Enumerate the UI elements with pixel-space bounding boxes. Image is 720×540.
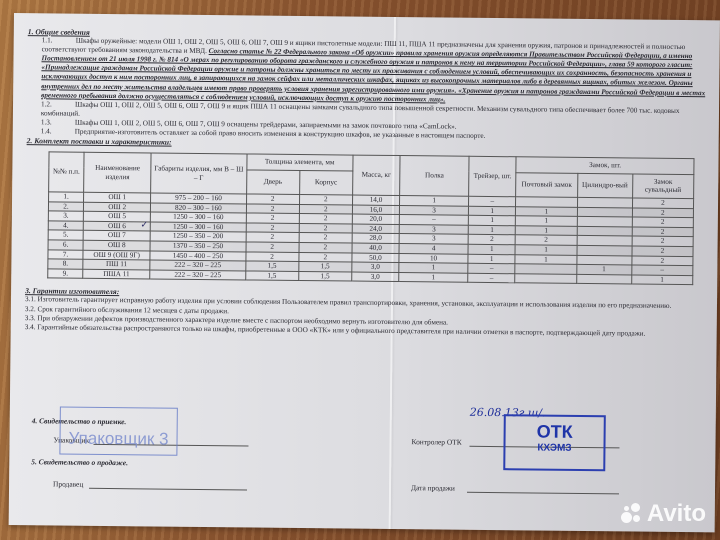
col-trader: Трейзер, шт. xyxy=(469,156,517,196)
item-number: 1.3. xyxy=(41,118,75,127)
cell-n: 6. xyxy=(48,240,83,250)
cell-trader: 1 xyxy=(468,254,515,264)
section-5-title: 5. Свидетельство о продаже. xyxy=(31,457,128,467)
cell-door: 1,5 xyxy=(245,271,298,281)
cell-mass: 40,0 xyxy=(352,243,399,253)
cell-n: 7. xyxy=(48,249,83,259)
cell-trader: 1 xyxy=(468,225,515,235)
cell-body: 2 xyxy=(299,252,352,262)
cell-door: 2 xyxy=(246,213,299,223)
sale-date-label: Дата продажи xyxy=(411,483,455,492)
otk-stamp-line2: КХЭМЗ xyxy=(505,441,603,456)
cell-trader: – xyxy=(468,273,515,283)
avito-watermark: Avito xyxy=(621,500,706,528)
item-1-1: 1.1.Шкафы оружейные: модели ОШ 1, ОШ 2, … xyxy=(27,36,708,107)
cell-cyl xyxy=(577,245,632,255)
passport-document: 1. Общие сведения 1.1.Шкафы оружейные: м… xyxy=(9,13,720,532)
cell-mass: 20,0 xyxy=(352,214,399,224)
cell-trader: 2 xyxy=(468,235,515,245)
col-lock-cyl: Цилиндро-вый xyxy=(577,173,632,198)
cell-trader: – xyxy=(468,263,515,273)
cell-n: 9. xyxy=(48,269,83,279)
cell-mass: 24,0 xyxy=(352,224,399,234)
col-dims: Габариты изделия, мм В – Ш – Г xyxy=(151,153,247,194)
handwritten-check-icon: ✓ xyxy=(140,220,148,229)
col-body: Корпус xyxy=(299,170,352,195)
specifications-table: №№ п.п. Наименование изделия Габариты из… xyxy=(47,152,694,286)
cell-door: 2 xyxy=(246,194,299,204)
item-number: 1.4. xyxy=(41,127,75,136)
cell-body: 2 xyxy=(299,214,352,224)
cell-n: 1. xyxy=(49,192,84,202)
cell-mass: 3,0 xyxy=(352,262,399,272)
cell-n: 4. xyxy=(48,221,83,231)
cell-post: 1 xyxy=(516,226,577,236)
seller-signature-line xyxy=(89,488,247,491)
sale-date-line xyxy=(467,492,619,495)
cell-post: 1 xyxy=(516,216,577,226)
controller-label: Контролер ОТК xyxy=(411,437,461,447)
cell-lever: 2 xyxy=(632,236,693,246)
cell-door: 2 xyxy=(245,252,298,262)
cell-lever: 2 xyxy=(632,246,693,256)
cell-trader: 1 xyxy=(469,206,516,216)
cell-lever: 1 xyxy=(631,275,692,285)
table-body: 1.ОШ 1975 – 200 – 1602214,01–22.ОШ 2820 … xyxy=(48,192,694,285)
law-quote: Согласно статье № 22 Федерального закона… xyxy=(41,47,705,103)
otk-stamp-line1: ОТК xyxy=(506,421,604,442)
cell-body: 2 xyxy=(299,242,352,252)
cell-door: 2 xyxy=(246,223,299,233)
cell-cyl xyxy=(577,197,632,207)
cell-lever: 2 xyxy=(632,227,693,237)
cell-door: 2 xyxy=(246,204,299,214)
cell-door: 1,5 xyxy=(245,261,298,271)
col-name: Наименование изделия xyxy=(84,152,152,192)
cell-post: 1 xyxy=(516,206,577,216)
cell-body: 1,5 xyxy=(299,262,352,272)
cell-name: ОШ 9 (ОШ 9Г) xyxy=(83,250,150,260)
avito-wordmark: Avito xyxy=(647,500,706,528)
cell-cyl xyxy=(576,274,631,284)
cell-mass: 14,0 xyxy=(352,195,399,205)
col-num: №№ п.п. xyxy=(49,152,85,192)
cell-n: 5. xyxy=(48,230,83,240)
cell-post: 2 xyxy=(515,235,576,245)
col-lock-lever: Замок сувальдный xyxy=(632,174,694,199)
seller-label: Продавец xyxy=(53,479,83,488)
cell-mass: 50,0 xyxy=(352,253,399,263)
col-mass: Масса, кг xyxy=(353,155,401,195)
cell-body: 2 xyxy=(299,233,352,243)
col-door: Дверь xyxy=(246,170,299,195)
cell-lever: 2 xyxy=(632,217,693,227)
cell-post: 1 xyxy=(515,245,576,255)
cell-trader: – xyxy=(469,196,516,206)
col-lock-post: Почтовый замок xyxy=(516,173,577,198)
cell-body: 2 xyxy=(299,223,352,233)
cell-shelf: 1 xyxy=(399,272,468,282)
cell-body: 2 xyxy=(299,204,352,214)
col-lock: Замок, шт. xyxy=(516,157,694,174)
item-number: 1.2. xyxy=(41,100,75,109)
cell-door: 2 xyxy=(246,242,299,252)
cell-body: 2 xyxy=(299,194,352,204)
cell-post xyxy=(515,274,576,284)
cell-post xyxy=(516,197,577,207)
cell-dims: 222 – 320 – 225 xyxy=(150,270,245,281)
avito-logo-icon xyxy=(621,503,643,525)
cell-n: 2. xyxy=(48,201,83,211)
cell-n: 3. xyxy=(48,211,83,221)
otk-stamp: ОТК КХЭМЗ xyxy=(503,414,606,471)
cell-lever: 2 xyxy=(632,208,693,218)
col-shelf: Полка xyxy=(400,156,470,197)
cell-n: 8. xyxy=(48,259,83,269)
cell-mass: 3,0 xyxy=(352,272,399,282)
cell-door: 2 xyxy=(246,232,299,242)
cell-name: ОШ 6✓ xyxy=(83,221,150,231)
cell-name: ПША 11 xyxy=(83,269,150,279)
cell-cyl xyxy=(577,207,632,217)
cell-cyl: 1 xyxy=(576,265,631,275)
cell-mass: 28,0 xyxy=(352,233,399,243)
cell-cyl xyxy=(577,226,632,236)
cell-trader: 1 xyxy=(469,215,516,225)
cell-cyl xyxy=(577,217,632,227)
cell-cyl xyxy=(576,255,631,265)
cell-mass: 16,0 xyxy=(352,205,399,215)
col-thickness: Толщина элемента, мм xyxy=(246,154,352,171)
cell-cyl xyxy=(577,236,632,246)
cell-body: 1,5 xyxy=(298,271,351,281)
packer-stamp: Упаковщик 3 xyxy=(59,407,177,456)
cell-trader: 1 xyxy=(468,244,515,254)
cell-lever: 2 xyxy=(632,198,693,208)
document-content: 1. Общие сведения 1.1.Шкафы оружейные: м… xyxy=(25,27,708,339)
